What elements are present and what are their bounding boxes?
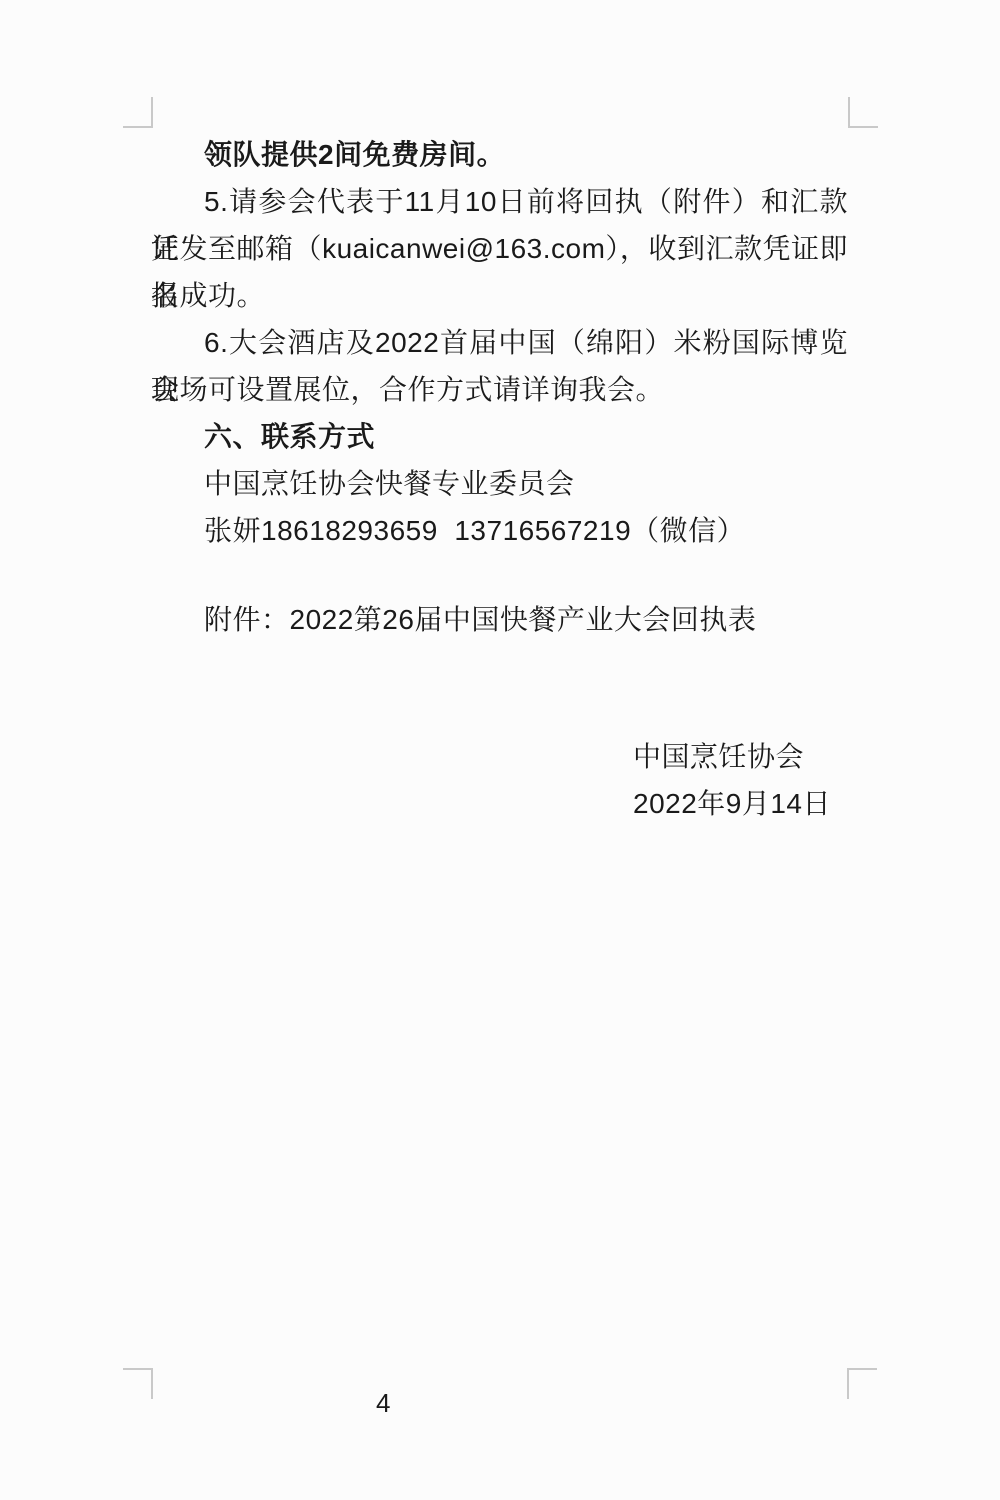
registration-instruction-line-3: 名成功。 (151, 272, 848, 319)
crop-mark-bottom-left-icon (123, 1368, 153, 1399)
contact-section-heading: 六、联系方式 (151, 413, 848, 460)
signature-block: 中国烹饪协会 2022年9月14日 (633, 734, 831, 828)
free-room-note: 领队提供2间免费房间。 (151, 131, 848, 178)
exhibition-note-line-2: 现场可设置展位，合作方式请详询我会。 (151, 366, 848, 413)
document-body: 领队提供2间免费房间。 5.请参会代表于11月10日前将回执（附件）和汇款凭 证… (151, 131, 848, 643)
registration-instruction-line-1: 5.请参会代表于11月10日前将回执（附件）和汇款凭 (151, 178, 848, 225)
signature-date: 2022年9月14日 (633, 781, 831, 828)
document-page: 领队提供2间免费房间。 5.请参会代表于11月10日前将回执（附件）和汇款凭 证… (0, 0, 1000, 1500)
signature-organization: 中国烹饪协会 (633, 734, 831, 781)
crop-mark-top-left-icon (123, 97, 153, 128)
crop-mark-top-right-icon (848, 97, 878, 128)
contact-phone: 张妍18618293659 13716567219（微信） (151, 507, 848, 554)
contact-organization: 中国烹饪协会快餐专业委员会 (151, 460, 848, 507)
exhibition-note-line-1: 6.大会酒店及2022首届中国（绵阳）米粉国际博览会 (151, 319, 848, 366)
page-number: 4 (376, 1388, 390, 1418)
attachment-note: 附件：2022第26届中国快餐产业大会回执表 (151, 596, 848, 643)
crop-mark-bottom-right-icon (847, 1368, 877, 1399)
registration-instruction-line-2: 证发至邮箱（kuaicanwei@163.com），收到汇款凭证即报 (151, 225, 848, 272)
